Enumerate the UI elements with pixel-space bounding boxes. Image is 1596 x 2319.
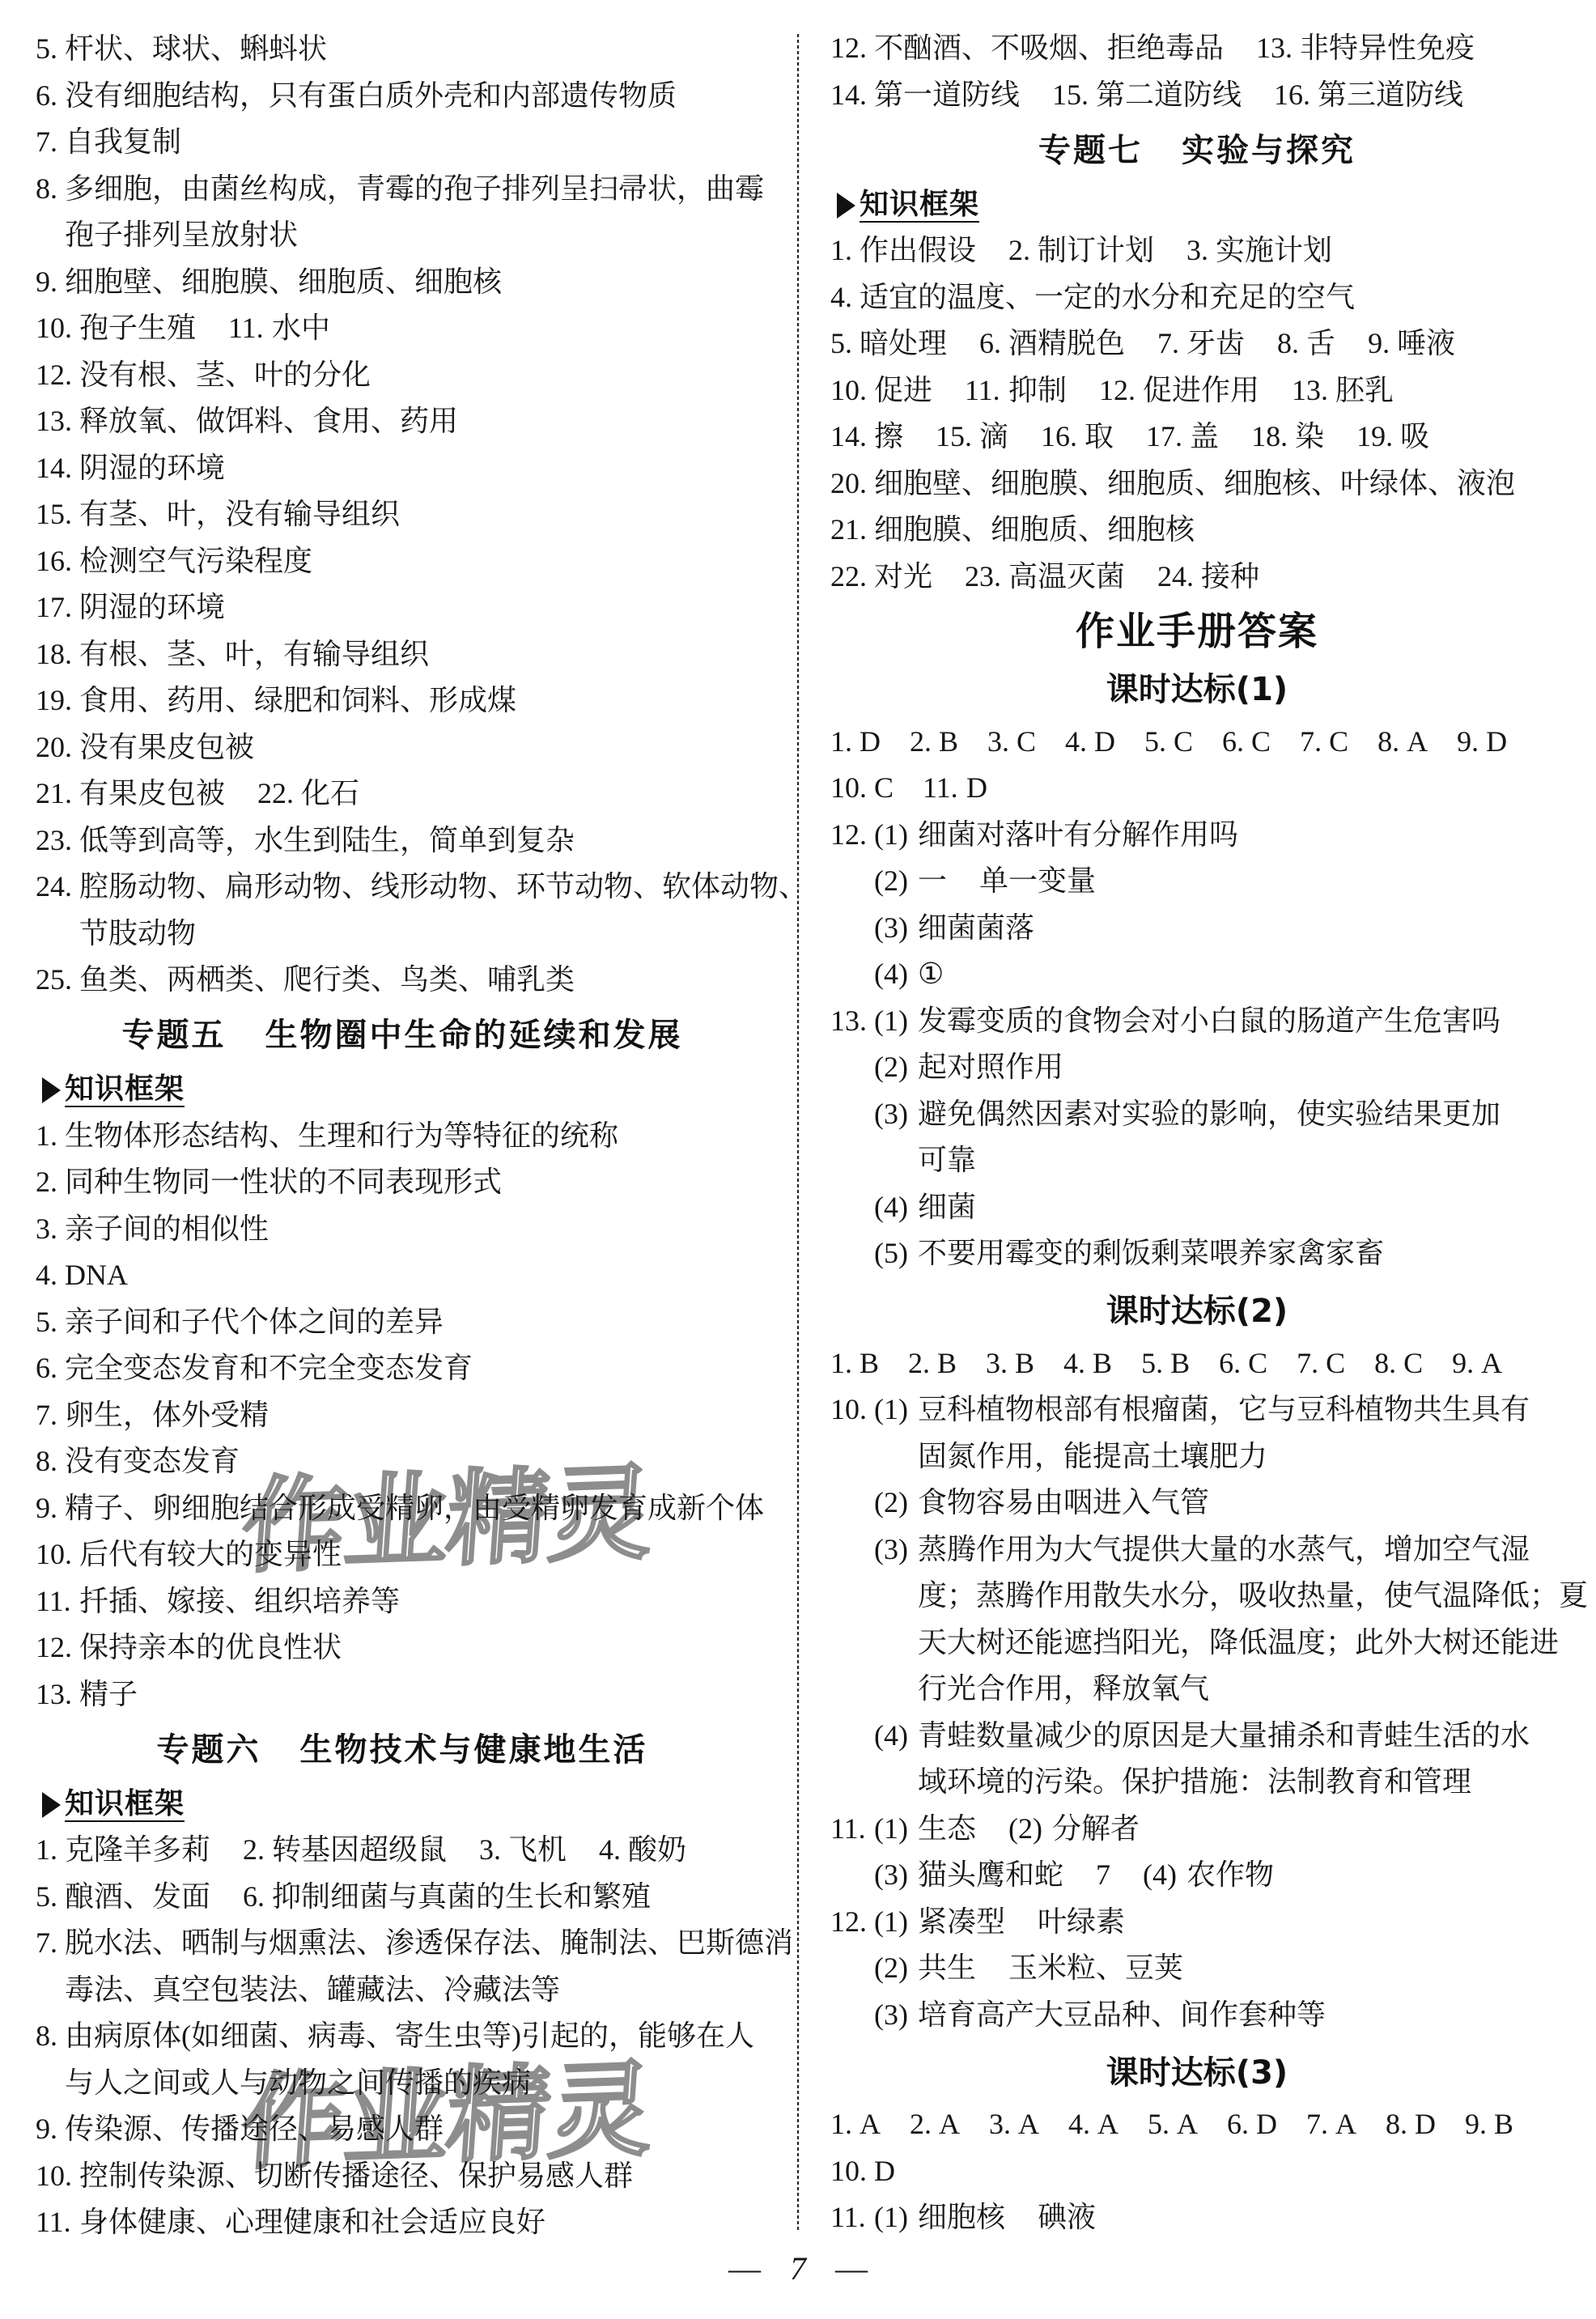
answer-text: 暗处理 [860,321,947,367]
answer-item: 4.酸奶 [599,1827,686,1874]
topic-label: 专题六 [157,1724,261,1770]
answer-item: 7.脱水法、晒制与烟熏法、渗透保存法、腌制法、巴斯德消 [36,1920,793,1967]
item-number: 4. [36,1252,65,1299]
answer-item: 2.制订计划 [1008,227,1154,274]
answer-text: 分解者 [1052,1806,1140,1853]
answer-item: 玉米粒、豆荚 [1008,1945,1183,1992]
answer-row: 1.作出假设2.制订计划3.实施计划 [830,227,1564,274]
answer-item: 2.同种生物同一性状的不同表现形式 [36,1159,502,1206]
answer-text: 精子 [79,1671,138,1718]
answer-continuation-row: 节肢动物 [36,911,769,958]
answer-text: C [1248,1340,1267,1387]
answer-text: 杆状、球状、蝌蚪状 [65,26,327,73]
answer-text: 亲子间的相似性 [65,1206,269,1253]
item-number: 17. [36,584,79,631]
answer-item: (4)青蛙数量减少的原因是大量捕杀和青蛙生活的水 [874,1713,1530,1760]
item-number: 24. [1157,554,1201,601]
answer-text: 第三道防线 [1318,72,1463,119]
item-number: 11. [228,305,272,352]
sub-item-number: (1) [874,1387,918,1433]
topic-title: 生物技术与健康地生活 [300,1724,648,1770]
answer-text: 非特异性免疫 [1300,25,1475,72]
answer-item: 12.(1)细菌对落叶有分解作用吗 [830,812,1238,859]
answer-item: 21.细胞膜、细胞质、细胞核 [830,507,1195,554]
item-number: 11. [965,367,1008,414]
answer-item: 11.(1)细胞核 [830,2194,1005,2241]
answer-text: 培育高产大豆品种、间作套种等 [918,1992,1326,2039]
answer-text: 紧凑型 [918,1899,1005,1946]
answer-item: 12.促进作用 [1099,367,1259,414]
answer-text: D [1256,2101,1277,2148]
answer-item: 20.细胞壁、细胞膜、细胞质、细胞核、叶绿体、液泡 [830,461,1515,508]
answer-row: (5)不要用霉变的剩饭剩菜喂养家禽家畜 [830,1230,1564,1277]
answer-row: 16.检测空气污染程度 [36,538,769,585]
item-number: 5. [36,1299,65,1346]
answer-row: 14.第一道防线15.第二道防线16.第三道防线 [830,72,1564,119]
answer-item: 7.牙齿 [1157,321,1245,367]
item-number: 6. [36,73,65,120]
answer-continuation-row: 与人之间或人与动物之间传播的疾病 [36,2060,769,2107]
answer-row: 18.有根、茎、叶，有输导组织 [36,631,769,678]
answer-item: (4)① [874,951,944,998]
answer-text: 细胞膜、细胞质、细胞核 [874,507,1195,554]
answer-row: 20.细胞壁、细胞膜、细胞质、细胞核、叶绿体、液泡 [830,461,1564,508]
item-number: 13. [1292,367,1335,414]
answer-row: 8.由病原体(如细菌、病毒、寄生虫等)引起的，能够在人 [36,2013,769,2060]
answer-item: 12.不酗酒、不吸烟、拒绝毒品 [830,25,1224,72]
answer-item: 9.B [1465,2101,1513,2148]
answer-text: D [966,765,987,812]
item-number: 1. [36,1827,65,1874]
answer-item: 7.A [1306,2101,1356,2148]
item-number: 16. [1274,72,1318,119]
answer-text: B [939,719,958,766]
item-number: 6. [979,321,1008,367]
answer-text: B [937,1340,957,1387]
answer-continuation-row: 固氮作用，能提高土壤肥力 [830,1433,1564,1480]
answer-row: 7.卵生，体外受精 [36,1392,769,1439]
answer-row: 9.传染源、传播途径、易感人群 [36,2106,769,2153]
answer-text: 身体健康、心理健康和社会适应良好 [79,2199,545,2246]
item-number: 4. [1065,719,1094,766]
item-number: 4. [830,274,860,321]
answer-item: 4.DNA [36,1252,128,1299]
answer-item: 6.酒精脱色 [979,321,1125,367]
item-number: 10. [830,1387,874,1433]
answer-text: 高温灭菌 [1008,554,1125,601]
item-number: 7. [36,1392,65,1439]
answer-row: 21.细胞膜、细胞质、细胞核 [830,507,1564,554]
answer-text: 自我复制 [65,119,181,166]
answer-text: 后代有较大的变异性 [79,1531,342,1578]
answer-text: 有茎、叶，没有输导组织 [79,491,400,538]
answer-row: 1.克隆羊多莉2.转基因超级鼠3.飞机4.酸奶 [36,1827,769,1874]
answer-row: 19.食用、药用、绿肥和饲料、形成煤 [36,677,769,724]
answer-item: 2.转基因超级鼠 [243,1827,447,1874]
topic-heading: 专题五生物圈中生命的延续和发展 [36,1004,769,1063]
answer-row: 7.自我复制 [36,119,769,166]
topic-heading: 专题六生物技术与健康地生活 [36,1718,769,1777]
item-number: 4. [1063,1340,1093,1387]
item-number: 12. [830,1899,874,1946]
answer-text: 第一道防线 [874,72,1020,119]
item-number: 4. [599,1827,628,1874]
answer-text: 可靠 [918,1137,976,1184]
answer-text: 抑制细菌与真菌的生长和繁殖 [272,1874,651,1921]
left-column: 5.杆状、球状、蝌蚪状 6.没有细胞结构，只有蛋白质外壳和内部遗传物质 7.自我… [36,26,769,2246]
answer-text: C [1017,719,1036,766]
item-number: 18. [1251,414,1295,461]
item-number: 1. [36,1113,65,1160]
answer-item: 9.传染源、传播途径、易感人群 [36,2106,444,2153]
answer-text: 转基因超级鼠 [272,1827,447,1874]
item-number: 11. [36,2199,79,2246]
answer-item: 5.A [1148,2101,1198,2148]
answer-text: 取 [1085,414,1114,461]
answer-item: 19.吸 [1356,414,1429,461]
answer-text: ① [918,951,944,998]
answer-item: 4.A [1068,2101,1118,2148]
answer-item: 7.自我复制 [36,119,181,166]
answer-continuation-row: 天大树还能遮挡阳光，降低温度；此外大树还能进 [830,1620,1564,1667]
answer-item: 8.C [1374,1340,1423,1387]
item-number: 3. [989,2101,1018,2148]
sub-item-number: (1) [874,1806,918,1853]
item-number: 5. [1144,719,1174,766]
answer-item: 5.暗处理 [830,321,947,367]
answer-item: 19.食用、药用、绿肥和饲料、形成煤 [36,677,516,724]
answer-item: 6.D [1227,2101,1277,2148]
answer-row: (4)① [830,951,1564,998]
answer-item: 11.身体健康、心理健康和社会适应良好 [36,2199,545,2246]
answer-text: 节肢动物 [79,911,196,958]
item-number: 9. [36,1485,65,1532]
item-number: 1. [830,2101,860,2148]
answer-item: 13.胚乳 [1292,367,1394,414]
page-number-dash-left: — [728,2250,761,2287]
answer-row: 2.同种生物同一性状的不同表现形式 [36,1159,769,1206]
answer-item: (3)避免偶然因素对实验的影响，使实验结果更加 [874,1091,1500,1138]
answer-item: 8.A [1377,719,1428,766]
answer-text: 豆科植物根部有根瘤菌，它与豆科植物共生具有 [918,1387,1530,1433]
answer-text: 鱼类、两栖类、爬行类、鸟类、哺乳类 [79,957,575,1004]
item-number: 8. [36,1438,65,1485]
answer-item: 10.促进 [830,367,932,414]
answer-text: 细菌对落叶有分解作用吗 [918,812,1238,859]
answer-text: 7 [1096,1852,1110,1899]
answer-item: 6.完全变态发育和不完全变态发育 [36,1345,473,1392]
answer-text: 固氮作用，能提高土壤肥力 [918,1433,1267,1480]
answer-item: 9.唾液 [1368,321,1455,367]
answer-item: 2.B [908,1340,957,1387]
answer-text: 域环境的污染。保护措施：法制教育和管理 [918,1759,1471,1806]
answer-text: 没有根、茎、叶的分化 [79,352,371,399]
answer-item: 6.抑制细菌与真菌的生长和繁殖 [243,1874,651,1921]
item-number: 8. [1374,1340,1403,1387]
answer-text: 抑制 [1008,367,1067,414]
workbook-answers-title: 作业手册答案 [830,600,1564,656]
answer-text: 擦 [874,414,903,461]
answer-text: 不要用霉变的剩饭剩菜喂养家禽家畜 [918,1230,1384,1277]
answer-row: 12.保持亲本的优良性状 [36,1625,769,1671]
answer-text: 猫头鹰和蛇 [918,1852,1063,1899]
item-number: 1. [830,719,860,766]
answer-item: (2)一 [874,858,947,905]
item-number: 13. [830,998,874,1045]
item-number: 23. [965,554,1008,601]
answer-row: 20.没有果皮包被 [36,724,769,771]
item-number: 22. [830,554,874,601]
answer-row: 15.有茎、叶，没有输导组织 [36,491,769,538]
answer-row: 11.身体健康、心理健康和社会适应良好 [36,2199,769,2246]
answer-text: 青蛙数量减少的原因是大量捕杀和青蛙生活的水 [918,1713,1530,1760]
item-number: 8. [36,2013,65,2060]
answer-text: A [1335,2101,1356,2148]
answer-item: 25.鱼类、两栖类、爬行类、鸟类、哺乳类 [36,957,575,1004]
answer-text: C [1403,1340,1423,1387]
answer-item: 14.第一道防线 [830,72,1020,119]
answer-text: 保持亲本的优良性状 [79,1625,342,1671]
answer-text: 由病原体(如细菌、病毒、寄生虫等)引起的，能够在人 [65,2013,754,2060]
answer-text: 阴湿的环境 [79,584,225,631]
answer-text: 细胞核 [918,2194,1005,2241]
item-number: 2. [1008,227,1038,274]
answer-text: 精子、卵细胞结合形成受精卵，由受精卵发育成新个体 [65,1485,764,1532]
answer-row: 6.完全变态发育和不完全变态发育 [36,1345,769,1392]
answer-item: 16.检测空气污染程度 [36,538,312,585]
answer-item: 1.作出假设 [830,227,976,274]
answer-row: 11.(1)细胞核碘液 [830,2194,1564,2241]
answer-row: (4)细菌 [830,1184,1564,1231]
answer-item: 与人之间或人与动物之间传播的疾病 [65,2060,531,2107]
answer-item: 16.第三道防线 [1274,72,1463,119]
answer-item: 13.(1)发霉变质的食物会对小白鼠的肠道产生危害吗 [830,998,1500,1045]
item-number: 6. [1227,2101,1256,2148]
section-label: 知识框架 [65,1073,185,1107]
choice-answers-row: 1.A2.A3.A4.A5.A6.D7.A8.D9.B [830,2101,1564,2148]
page-number-value: 7 [790,2250,806,2287]
answer-text: 卵生，体外受精 [65,1392,269,1439]
answer-row: 6.没有细胞结构，只有蛋白质外壳和内部遗传物质 [36,73,769,120]
topic-label: 专题七 [1038,125,1143,171]
answer-text: 克隆羊多莉 [65,1827,210,1874]
item-number: 25. [36,957,79,1004]
item-number: 15. [36,491,79,538]
item-number: 2. [36,1159,65,1206]
answer-text: 单一变量 [979,858,1096,905]
answer-item: 23.低等到高等，水生到陆生，简单到复杂 [36,818,575,864]
answer-row: 10.后代有较大的变异性 [36,1531,769,1578]
item-number: 1. [830,227,860,274]
sub-item-number: (2) [874,1044,918,1091]
item-number: 15. [1052,72,1096,119]
answer-text: 亲子间和子代个体之间的差异 [65,1299,444,1346]
sub-item-number: (4) [874,951,918,998]
item-number: 16. [1041,414,1085,461]
answer-item: 毒法、真空包装法、罐藏法、冷藏法等 [65,1967,560,2014]
answer-row: 7.脱水法、晒制与烟熏法、渗透保存法、腌制法、巴斯德消 [36,1920,769,1967]
answer-item: (4)农作物 [1143,1852,1274,1899]
answer-text: C [874,765,894,812]
answer-item: 1.B [830,1340,879,1387]
answer-row: (3)蒸腾作用为大气提供大量的水蒸气，增加空气湿 [830,1527,1564,1574]
sub-item-number: (4) [1143,1852,1186,1899]
answer-text: 没有细胞结构，只有蛋白质外壳和内部遗传物质 [65,73,677,120]
item-number: 9. [36,2106,65,2153]
answer-item: 可靠 [918,1137,976,1184]
answer-item: 13.精子 [36,1671,138,1718]
answer-text: C [1329,719,1348,766]
answer-text: 对光 [874,554,932,601]
answer-text: 毒法、真空包装法、罐藏法、冷藏法等 [65,1967,560,2014]
answer-row: 13.(1)发霉变质的食物会对小白鼠的肠道产生危害吗 [830,998,1564,1045]
page-number-dash-right: — [835,2250,868,2287]
answer-item: 20.没有果皮包被 [36,724,254,771]
sub-item-number: (3) [874,1992,918,2039]
answer-item: 1.D [830,719,881,766]
answer-item: 15.滴 [936,414,1008,461]
answer-text: 细菌菌落 [918,905,1034,952]
answer-item: 节肢动物 [79,911,196,958]
item-number: 11. [923,765,966,812]
answer-row: 8.没有变态发育 [36,1438,769,1485]
item-number: 22. [257,771,301,818]
answer-row: 13.释放氧、做饵料、食用、药用 [36,398,769,445]
answer-text: 避免偶然因素对实验的影响，使实验结果更加 [918,1091,1500,1138]
answer-item: 域环境的污染。保护措施：法制教育和管理 [918,1759,1471,1806]
answer-item: (2)共生 [874,1945,976,1992]
answer-item: 18.有根、茎、叶，有输导组织 [36,631,429,678]
answer-text: 释放氧、做饵料、食用、药用 [79,398,458,445]
answer-item: 5.亲子间和子代个体之间的差异 [36,1299,444,1346]
answer-item: (2)食物容易由咽进入气管 [874,1480,1209,1527]
item-number: 6. [1222,719,1251,766]
sub-item-number: (1) [874,2194,918,2241]
answer-item: 10.孢子生殖 [36,305,196,352]
triangle-right-icon [837,193,855,219]
item-number: 3. [1186,227,1216,274]
answer-row: 9.精子、卵细胞结合形成受精卵，由受精卵发育成新个体 [36,1485,769,1532]
item-number: 20. [830,461,874,508]
answer-item: (3)细菌菌落 [874,905,1034,952]
answer-item: 10.(1)豆科植物根部有根瘤菌，它与豆科植物共生具有 [830,1387,1530,1433]
item-number: 6. [36,1345,65,1392]
item-number: 8. [36,166,65,213]
item-number: 10. [36,1531,79,1578]
sub-item-number: (2) [874,1945,918,1992]
answer-item: 9.D [1457,719,1507,766]
answer-row: 12.(1)细菌对落叶有分解作用吗 [830,812,1564,859]
sub-item-number: (3) [874,905,918,952]
answer-text: 唾液 [1397,321,1455,367]
answer-item: 15.第二道防线 [1052,72,1242,119]
answer-item: 21.有果皮包被 [36,771,225,818]
answer-text: 不酗酒、不吸烟、拒绝毒品 [874,25,1224,72]
answer-text: B [1015,1340,1034,1387]
answer-row: 12.(1)紧凑型叶绿素 [830,1899,1564,1946]
answer-row: 12.不酗酒、不吸烟、拒绝毒品13.非特异性免疫 [830,25,1564,72]
answer-item: (3)蒸腾作用为大气提供大量的水蒸气，增加空气湿 [874,1527,1530,1574]
answer-text: 染 [1295,414,1324,461]
answer-row: 11.(1)生态(2)分解者 [830,1806,1564,1853]
answer-item: 3.B [986,1340,1034,1387]
answer-text: A [1481,1340,1502,1387]
answer-item: 6.C [1219,1340,1267,1387]
answer-text: B [1494,2101,1513,2148]
sub-item-number: (4) [874,1713,918,1760]
item-number: 14. [830,414,874,461]
choice-answers-row: 10.D [830,2148,1564,2195]
answer-text: 控制传染源、切断传播途径、保护易感人群 [79,2153,633,2200]
answer-text: A [1018,2101,1039,2148]
answer-text: 酸奶 [628,1827,686,1874]
answer-row: 8.多细胞，由菌丝构成，青霉的孢子排列呈扫帚状，曲霉 [36,166,769,213]
answer-text: 酿酒、发面 [65,1874,210,1921]
answer-item: 4.D [1065,719,1115,766]
answer-text: 起对照作用 [918,1044,1063,1091]
answer-text: 滴 [979,414,1008,461]
answer-text: 检测空气污染程度 [79,538,312,585]
sub-item-number: (1) [874,1899,918,1946]
answer-text: 食用、药用、绿肥和饲料、形成煤 [79,677,516,724]
answer-row: 10.(1)豆科植物根部有根瘤菌，它与豆科植物共生具有 [830,1387,1564,1433]
answer-text: 扦插、嫁接、组织培养等 [79,1578,400,1625]
answer-text: 水中 [272,305,330,352]
item-number: 10. [36,305,79,352]
item-number: 8. [1386,2101,1415,2148]
sub-item-number: (3) [874,1852,918,1899]
item-number: 17. [1146,414,1190,461]
answer-item: 3.A [989,2101,1039,2148]
answer-text: D [1415,2101,1436,2148]
answer-item: 4.B [1063,1340,1112,1387]
column-divider [797,34,799,2230]
right-column: 12.不酗酒、不吸烟、拒绝毒品13.非特异性免疫 14.第一道防线15.第二道防… [830,25,1564,2241]
answer-item: 5.C [1144,719,1193,766]
answer-continuation-row: 毒法、真空包装法、罐藏法、冷藏法等 [36,1967,769,2014]
answer-item: 碘液 [1038,2194,1096,2241]
answer-item: 2.B [910,719,958,766]
answer-text: 牙齿 [1186,321,1245,367]
answer-item: 叶绿素 [1038,1899,1125,1946]
answer-item: 10.C [830,765,894,812]
item-number: 12. [1099,367,1143,414]
answer-row: 10.促进11.抑制12.促进作用13.胚乳 [830,367,1564,414]
item-number: 7. [36,1920,65,1967]
answer-text: 腔肠动物、扁形动物、线形动物、环节动物、软体动物、 [79,864,808,911]
answer-text: 蒸腾作用为大气提供大量的水蒸气，增加空气湿 [918,1527,1530,1574]
item-number: 3. [987,719,1017,766]
item-number: 5. [1148,2101,1177,2148]
answer-text: 细菌 [918,1184,976,1231]
answer-item: 孢子排列呈放射状 [65,212,298,259]
item-number: 5. [36,1874,65,1921]
answer-item: 12.没有根、茎、叶的分化 [36,352,371,399]
topic-title: 生物圈中生命的延续和发展 [265,1009,683,1055]
item-number: 7. [1300,719,1329,766]
section-label: 知识框架 [65,1788,185,1822]
lesson-heading: 课时达标(1) [830,656,1564,719]
answer-continuation-row: 孢子排列呈放射状 [36,212,769,259]
answer-item: 15.有茎、叶，没有输导组织 [36,491,400,538]
item-number: 21. [36,771,79,818]
item-number: 10. [36,2153,79,2200]
item-number: 12. [36,1625,79,1671]
answer-item: 天大树还能遮挡阳光，降低温度；此外大树还能进 [918,1620,1559,1667]
answer-item: 17.阴湿的环境 [36,584,225,631]
answer-item: 16.取 [1041,414,1114,461]
item-number: 12. [830,25,874,72]
